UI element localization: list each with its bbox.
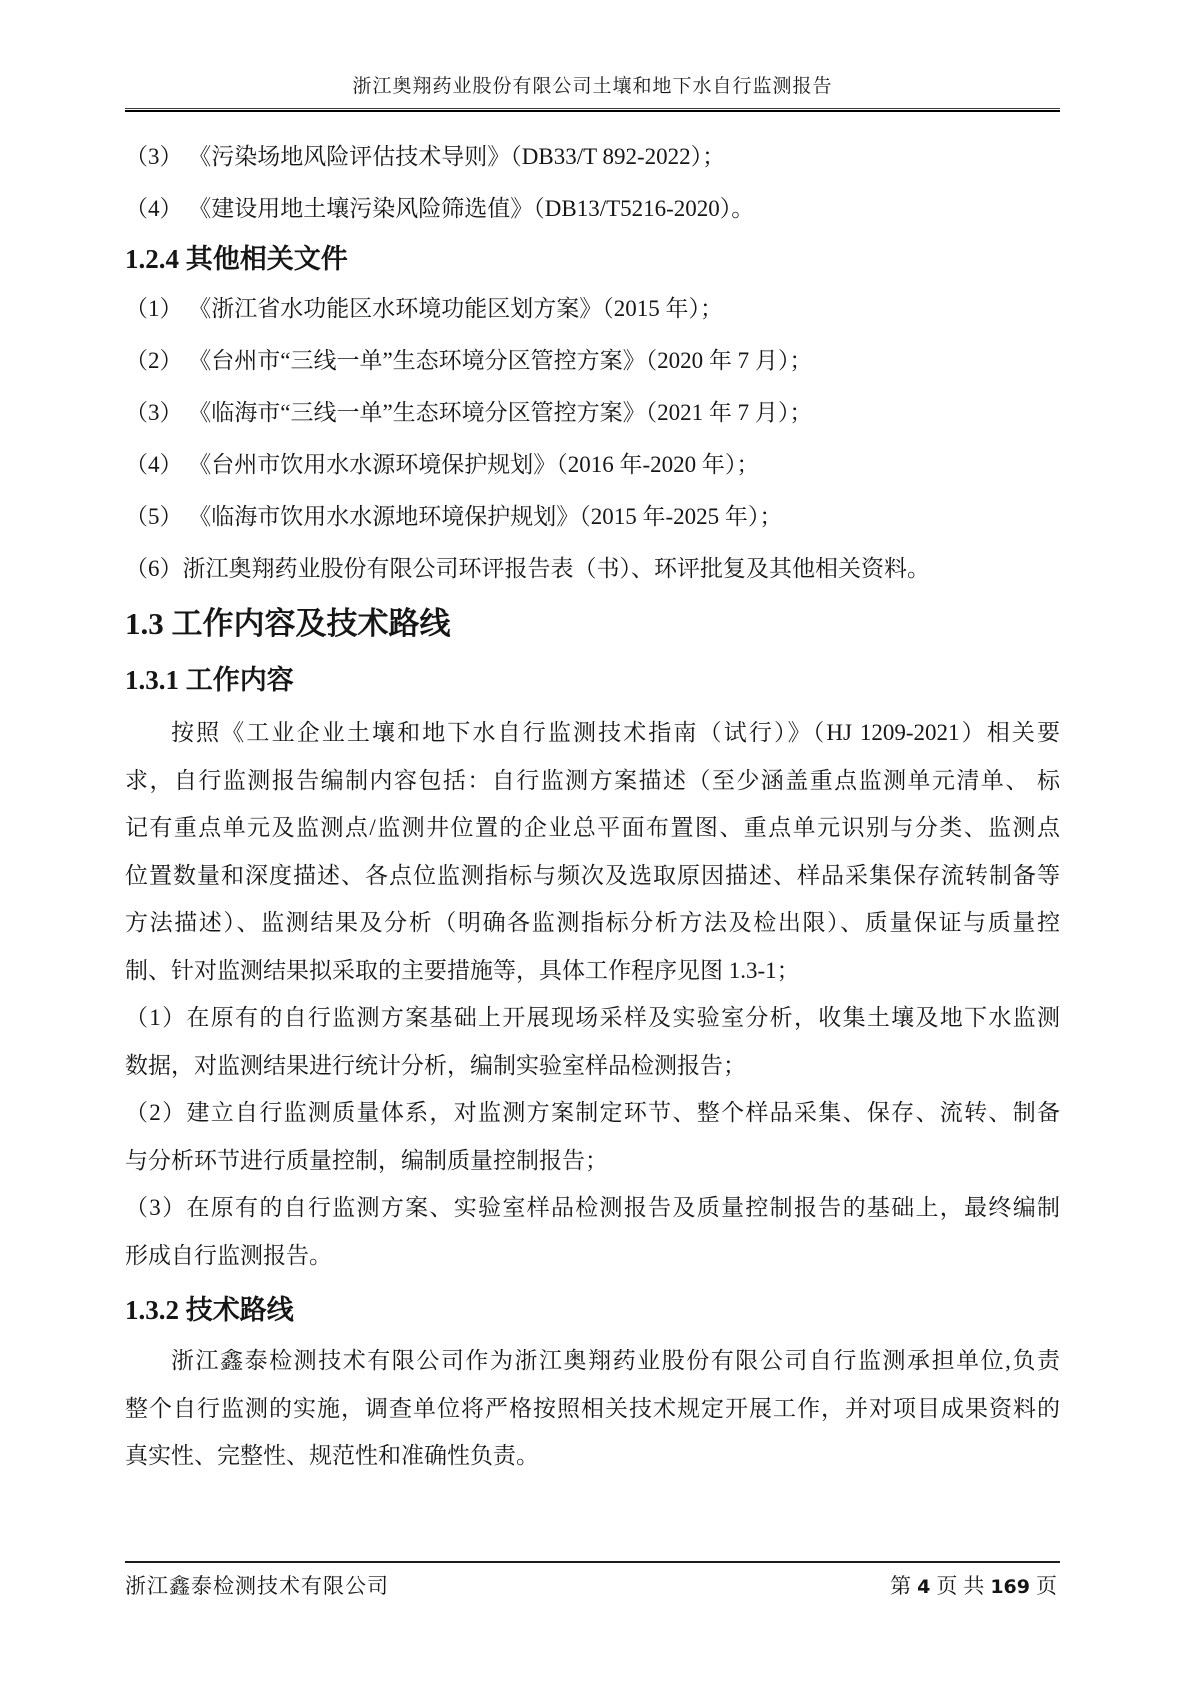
section-heading-1-3-1: 1.3.1 工作内容 bbox=[125, 659, 1060, 701]
section-heading-1-3: 1.3 工作内容及技术路线 bbox=[125, 601, 1060, 647]
document-page: 浙江奥翔药业股份有限公司土壤和地下水自行监测报告 （3） 《污染场地风险评估技术… bbox=[0, 0, 1199, 1696]
paragraph-line: 方法描述）、监测结果及分析（明确各监测指标分析方法及检出限）、质量保证与质量控 bbox=[125, 899, 1060, 947]
paragraph-line: 位置数量和深度描述、各点位监测指标与频次及选取原因描述、样品采集保存流转制备等 bbox=[125, 852, 1060, 900]
page-number-pages-label: 页 bbox=[936, 1574, 957, 1598]
page-number-suffix: 页 bbox=[1036, 1574, 1057, 1598]
paragraph: （1）在原有的自行监测方案基础上开展现场采样及实验室分析，收集土壤及地下水监测 … bbox=[125, 994, 1060, 1089]
list-item: （3） 《污染场地风险评估技术导则》（DB33/T 892-2022）； bbox=[125, 131, 1060, 183]
paragraph-line: 整个自行监测的实施，调查单位将严格按照相关技术规定开展工作，并对项目成果资料的 bbox=[125, 1385, 1060, 1433]
page-footer: 浙江鑫泰检测技术有限公司 第4页共169页 bbox=[125, 1561, 1060, 1600]
section-heading-1-3-2: 1.3.2 技术路线 bbox=[125, 1289, 1060, 1331]
paragraph-line: （3）在原有的自行监测方案、实验室样品检测报告及质量控制报告的基础上，最终编制 bbox=[125, 1184, 1060, 1232]
page-header: 浙江奥翔药业股份有限公司土壤和地下水自行监测报告 bbox=[125, 74, 1060, 112]
page-body: （3） 《污染场地风险评估技术导则》（DB33/T 892-2022）； （4）… bbox=[125, 131, 1060, 1480]
paragraph-line: 按照《工业企业土壤和地下水自行监测技术指南（试行）》（HJ 1209-2021）… bbox=[125, 709, 1060, 757]
paragraph-line: （2）建立自行监测质量体系，对监测方案制定环节、整个样品采集、保存、流转、制备 bbox=[125, 1089, 1060, 1137]
paragraph-line: 数据，对监测结果进行统计分析，编制实验室样品检测报告； bbox=[125, 1042, 1060, 1090]
paragraph-line: 真实性、完整性、规范性和准确性负责。 bbox=[125, 1432, 1060, 1480]
page-number-total: 169 bbox=[990, 1576, 1030, 1598]
list-item: （6）浙江奥翔药业股份有限公司环评报告表（书）、环评批复及其他相关资料。 bbox=[125, 543, 1060, 595]
list-item: （3） 《临海市“三线一单”生态环境分区管控方案》（2021 年 7 月）； bbox=[125, 387, 1060, 439]
list-item: （2） 《台州市“三线一单”生态环境分区管控方案》（2020 年 7 月）； bbox=[125, 335, 1060, 387]
paragraph: 按照《工业企业土壤和地下水自行监测技术指南（试行）》（HJ 1209-2021）… bbox=[125, 709, 1060, 994]
paragraph: 浙江鑫泰检测技术有限公司作为浙江奥翔药业股份有限公司自行监测承担单位,负责 整个… bbox=[125, 1337, 1060, 1480]
page-number-of-label: 共 bbox=[963, 1574, 984, 1598]
paragraph: （3）在原有的自行监测方案、实验室样品检测报告及质量控制报告的基础上，最终编制 … bbox=[125, 1184, 1060, 1279]
paragraph: （2）建立自行监测质量体系，对监测方案制定环节、整个样品采集、保存、流转、制备 … bbox=[125, 1089, 1060, 1184]
paragraph-line: 记有重点单元及监测点/监测井位置的企业总平面布置图、重点单元识别与分类、监测点 bbox=[125, 804, 1060, 852]
footer-company: 浙江鑫泰检测技术有限公司 bbox=[125, 1570, 389, 1600]
paragraph-line: 形成自行监测报告。 bbox=[125, 1232, 1060, 1280]
paragraph-line: 与分析环节进行质量控制，编制质量控制报告； bbox=[125, 1137, 1060, 1185]
header-title: 浙江奥翔药业股份有限公司土壤和地下水自行监测报告 bbox=[125, 74, 1060, 100]
paragraph-line: 浙江鑫泰检测技术有限公司作为浙江奥翔药业股份有限公司自行监测承担单位,负责 bbox=[125, 1337, 1060, 1385]
paragraph-line: （1）在原有的自行监测方案基础上开展现场采样及实验室分析，收集土壤及地下水监测 bbox=[125, 994, 1060, 1042]
paragraph-line: 求，自行监测报告编制内容包括：自行监测方案描述（至少涵盖重点监测单元清单、 标 bbox=[125, 757, 1060, 805]
paragraph-line: 制、针对监测结果拟采取的主要措施等，具体工作程序见图 1.3-1； bbox=[125, 947, 1060, 995]
list-item: （1） 《浙江省水功能区水环境功能区划方案》（2015 年）； bbox=[125, 283, 1060, 335]
section-heading-1-2-4: 1.2.4 其他相关文件 bbox=[125, 239, 1060, 279]
list-item: （4） 《建设用地土壤污染风险筛选值》（DB13/T5216-2020）。 bbox=[125, 183, 1060, 235]
page-number: 第4页共169页 bbox=[887, 1570, 1060, 1600]
list-item: （4） 《台州市饮用水水源环境保护规划》（2016 年-2020 年）； bbox=[125, 439, 1060, 491]
header-rule bbox=[125, 108, 1060, 112]
page-number-prefix: 第 bbox=[890, 1574, 911, 1598]
page-number-current: 4 bbox=[917, 1576, 930, 1598]
list-item: （5） 《临海市饮用水水源地环境保护规划》（2015 年-2025 年）； bbox=[125, 491, 1060, 543]
